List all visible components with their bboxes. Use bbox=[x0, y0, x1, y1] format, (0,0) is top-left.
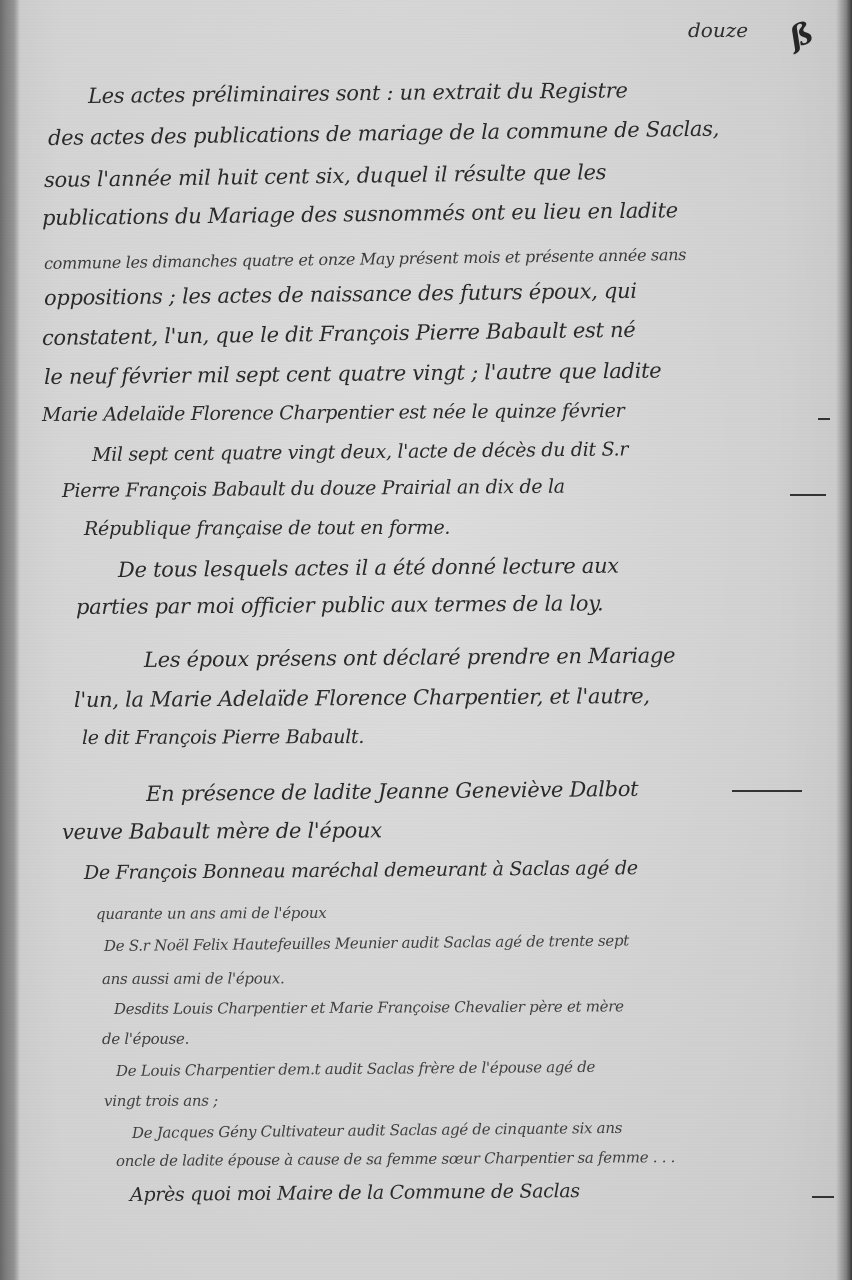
line-filler-dash bbox=[818, 418, 830, 420]
scanned-document-page: douze ß Les actes préliminaires sont : u… bbox=[0, 0, 852, 1280]
text-line: sous l'année mil huit cent six, duquel i… bbox=[44, 160, 606, 192]
paraph-flourish-mark: ß bbox=[785, 15, 818, 56]
line-filler-dash bbox=[790, 494, 826, 496]
text-line: De Jacques Gény Cultivateur audit Saclas… bbox=[132, 1119, 622, 1142]
text-line: Les actes préliminaires sont : un extrai… bbox=[88, 78, 628, 108]
text-line: Les époux présens ont déclaré prendre en… bbox=[144, 643, 675, 672]
text-line: veuve Babault mère de l'époux bbox=[62, 818, 382, 844]
text-line: des actes des publications de mariage de… bbox=[48, 117, 719, 150]
text-line: Desdits Louis Charpentier et Marie Franç… bbox=[114, 997, 624, 1018]
text-line: ans aussi ami de l'époux. bbox=[102, 969, 284, 988]
folio-number: douze bbox=[688, 18, 748, 42]
text-line: Pierre François Babault du douze Prairia… bbox=[62, 476, 565, 502]
text-line: De Louis Charpentier dem.t audit Saclas … bbox=[116, 1058, 595, 1080]
text-line: Après quoi moi Maire de la Commune de Sa… bbox=[130, 1180, 580, 1206]
text-line: publications du Mariage des susnommés on… bbox=[42, 198, 678, 230]
text-line: quarante un ans ami de l'époux bbox=[96, 904, 326, 923]
text-line: Mil sept cent quatre vingt deux, l'acte … bbox=[92, 438, 628, 466]
text-line: En présence de ladite Jeanne Geneviève D… bbox=[146, 777, 638, 806]
text-line: Marie Adelaïde Florence Charpentier est … bbox=[42, 400, 625, 426]
text-line: République française de tout en forme. bbox=[84, 517, 450, 540]
text-line: de l'épouse. bbox=[102, 1030, 189, 1048]
text-line: vingt trois ans ; bbox=[104, 1092, 218, 1110]
text-line: l'un, la Marie Adelaïde Florence Charpen… bbox=[74, 684, 650, 712]
text-line: oppositions ; les actes de naissance des… bbox=[44, 279, 637, 310]
text-line: le neuf février mil sept cent quatre vin… bbox=[44, 359, 662, 389]
text-line: oncle de ladite épouse à cause de sa fem… bbox=[116, 1148, 675, 1170]
line-filler-dash bbox=[812, 1196, 834, 1198]
text-line: le dit François Pierre Babault. bbox=[82, 726, 364, 749]
text-line: De tous lesquels actes il a été donné le… bbox=[118, 554, 619, 582]
text-line: parties par moi officier public aux term… bbox=[76, 591, 604, 619]
text-line: commune les dimanches quatre et onze May… bbox=[44, 245, 686, 273]
text-line: constatent, l'un, que le dit François Pi… bbox=[42, 318, 636, 350]
line-filler-dash bbox=[732, 790, 802, 792]
text-line: De François Bonneau maréchal demeurant à… bbox=[84, 857, 638, 884]
text-line: De S.r Noël Felix Hautefeuilles Meunier … bbox=[104, 932, 629, 955]
